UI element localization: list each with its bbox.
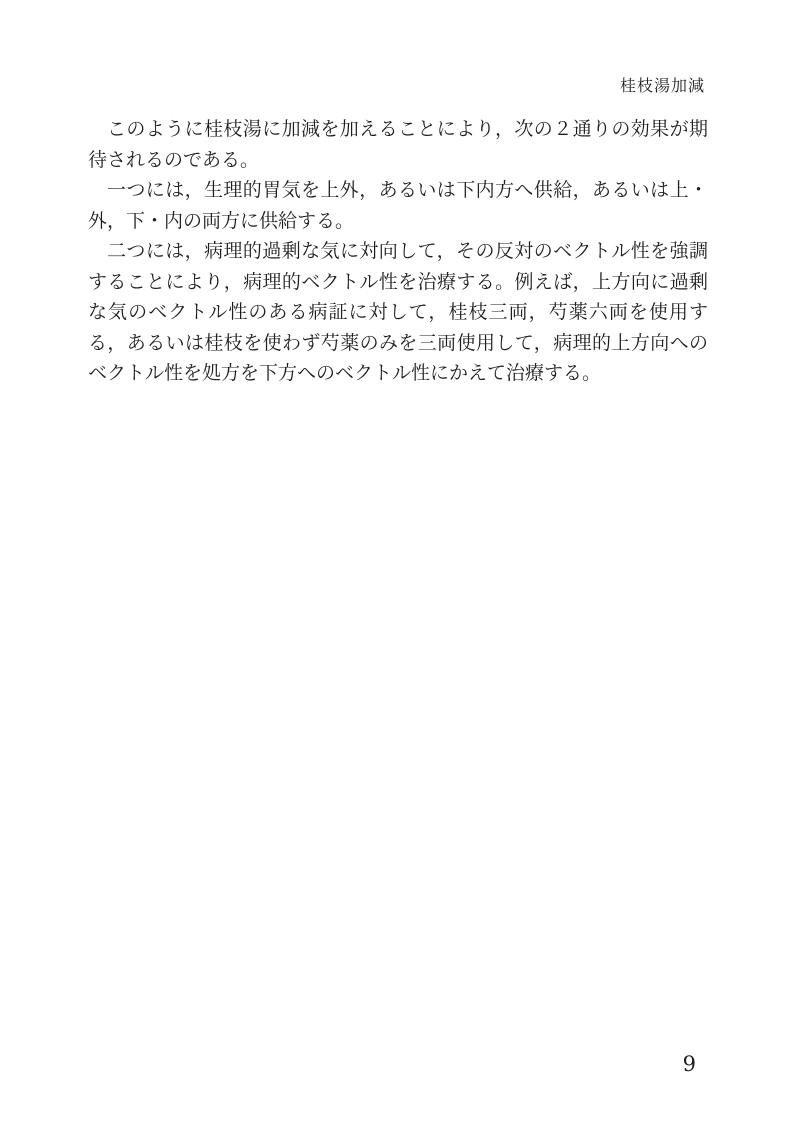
document-page: 桂枝湯加減 このように桂枝湯に加減を加えることにより，次の２通りの効果が期待され… [0,0,800,1135]
body-text-block: このように桂枝湯に加減を加えることにより，次の２通りの効果が期待されるのである。… [88,114,708,389]
paragraph-3: 二つには，病理的過剰な気に対向して，その反対のベクトル性を強調することにより，病… [88,236,708,389]
page-number: 9 [0,1052,696,1076]
paragraph-2: 一つには，生理的胃気を上外，あるいは下内方へ供給，あるいは上・外，下・内の両方に… [88,175,708,236]
running-head: 桂枝湯加減 [88,76,705,95]
paragraph-1: このように桂枝湯に加減を加えることにより，次の２通りの効果が期待されるのである。 [88,114,708,175]
